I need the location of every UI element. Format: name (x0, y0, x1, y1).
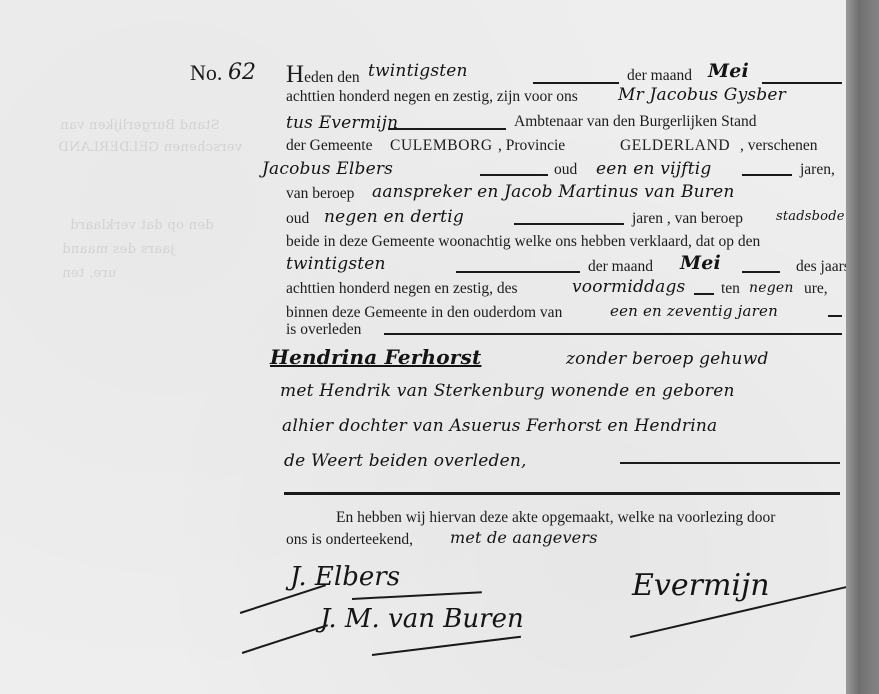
printed-ambtenaar: Ambtenaar van den Burgerlijken Stand (514, 113, 756, 131)
fill-line (480, 174, 548, 176)
handwritten-declarant1-name: Jacobus Elbers (262, 160, 393, 178)
printed-ten: ten (721, 280, 740, 298)
fill-line (620, 462, 840, 464)
printed-oud: oud (554, 161, 577, 179)
signature-declarant1: J. Elbers (290, 562, 400, 592)
handwritten-declarant2-age: negen en dertig (324, 208, 464, 226)
province: GELDERLAND (620, 137, 730, 155)
separator-rule (284, 492, 840, 495)
handwritten-official-name: Mr Jacobus Gysber (618, 86, 786, 104)
printed-provincie: , Provincie (498, 137, 565, 155)
printed-binnen: binnen deze Gemeente in den ouderdom van (286, 304, 562, 322)
signature-declarant2: J. M. van Buren (320, 604, 524, 634)
handwritten-closing: met de aangevers (450, 529, 598, 547)
handwritten-declarant2-occupation: stadsbode (776, 208, 845, 226)
signature-underline (352, 591, 482, 599)
fill-line (533, 82, 619, 84)
bleed-through-text: Stand Burgerlijken van (60, 118, 220, 133)
printed-oud: oud (286, 210, 309, 228)
bleed-through-text: den op dat verklaard (70, 218, 214, 233)
printed-ure: ure, (804, 280, 828, 298)
bleed-through-text: ure, ten (62, 266, 116, 281)
handwritten-time-of-day: voormiddags (572, 278, 685, 296)
handwritten-body-line4: de Weert beiden overleden, (284, 452, 527, 470)
handwritten-declarant1-age: een en vijftig (596, 160, 711, 178)
handwritten-month: Mei (708, 62, 749, 80)
fill-line (762, 82, 842, 84)
handwritten-body-line2: met Hendrik van Sterkenburg wonende en g… (280, 382, 735, 400)
binding-edge (846, 0, 879, 694)
record-number-label: No. (190, 60, 222, 86)
fill-line (694, 293, 714, 295)
printed-beide: beide in deze Gemeente woonachtig welke … (286, 233, 760, 251)
signature-official: Evermijn (632, 568, 770, 603)
handwritten-body-line1: zonder beroep gehuwd (566, 350, 769, 368)
handwritten-occupation-and-declarant2: aanspreker en Jacob Martinus van Buren (372, 183, 735, 201)
printed-jaren-van-beroep: jaren , van beroep (632, 210, 743, 228)
document-page: Stand Burgerlijken van verschenen GELDER… (0, 0, 846, 694)
fill-line (388, 128, 506, 130)
handwritten-official-name-cont: tus Evermijn (286, 114, 398, 132)
record-number-value: 62 (228, 60, 256, 85)
printed-heden-den: Heden den (286, 66, 360, 87)
printed-jaren: jaren, (800, 161, 835, 179)
handwritten-month-2: Mei (680, 254, 721, 272)
signature-flourish (240, 584, 326, 613)
handwritten-deceased-name: Hendrina Ferhorst (270, 348, 481, 366)
fill-line (456, 271, 580, 273)
bleed-through-text: verschenen GELDERLAND (58, 140, 242, 155)
signature-flourish (242, 624, 328, 653)
municipality: CULEMBORG (390, 137, 493, 155)
handwritten-hour: negen (749, 279, 794, 297)
printed-des-jaars: des jaars (796, 258, 850, 276)
printed-year-des: achttien honderd negen en zestig, des (286, 280, 518, 298)
handwritten-day: twintigsten (368, 62, 468, 80)
signature-underline (372, 636, 521, 656)
fill-line (384, 333, 842, 335)
printed-der-maand: der maand (627, 67, 692, 85)
printed-closing-line2: ons is onderteekend, (286, 531, 413, 549)
printed-der-maand-2: der maand (588, 258, 653, 276)
printed-year-zijn-voor-ons: achttien honderd negen en zestig, zijn v… (286, 88, 578, 106)
printed-verschenen: , verschenen (740, 137, 817, 155)
bleed-through-text: jaars des maand (62, 242, 174, 257)
printed-is-overleden: is overleden (286, 321, 361, 339)
printed-closing-line1: En hebben wij hiervan deze akte opgemaak… (336, 509, 775, 527)
fill-line (742, 174, 792, 176)
handwritten-body-line3: alhier dochter van Asuerus Ferhorst en H… (282, 417, 717, 435)
handwritten-day-2: twintigsten (286, 255, 386, 273)
fill-line (514, 223, 624, 225)
fill-line (828, 315, 842, 317)
fill-line (742, 271, 780, 273)
printed-van-beroep: van beroep (286, 185, 354, 203)
printed-der-gemeente: der Gemeente (286, 137, 373, 155)
handwritten-deceased-age: een en zeventig jaren (610, 302, 778, 320)
